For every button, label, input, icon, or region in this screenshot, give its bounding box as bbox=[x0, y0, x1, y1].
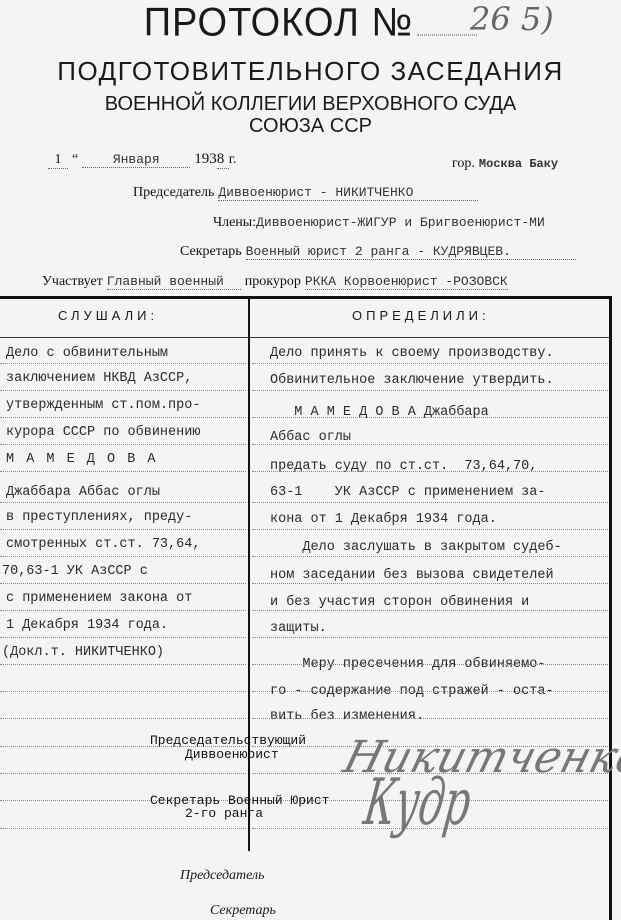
protocol-subtitle: ПОДГОТОВИТЕЛЬНОГО ЗАСЕДАНИЯ bbox=[0, 56, 621, 87]
ruled-line bbox=[0, 610, 246, 611]
footer-secretary: Секретарь bbox=[210, 903, 276, 919]
city-label: гор. bbox=[452, 156, 475, 171]
ruled-line bbox=[0, 390, 246, 391]
column-header-decided: ОПРЕДЕЛИЛИ: bbox=[352, 308, 490, 323]
participant-value-1: Главный военный bbox=[107, 274, 241, 290]
presiding-rank: Диввоенюрист bbox=[185, 747, 279, 762]
ruled-line bbox=[252, 417, 608, 418]
ruled-line bbox=[252, 691, 608, 692]
chairman-line: Председатель Диввоенюрист - НИКИТЧЕНКО bbox=[133, 183, 478, 201]
date-year-suffix: 8 bbox=[217, 151, 229, 169]
decided-line: ном заседании без вызова свидетелей bbox=[270, 568, 554, 583]
decided-line: вить без изменения. bbox=[270, 709, 424, 724]
ruled-line bbox=[0, 471, 246, 472]
presiding-label: Председательствующий bbox=[150, 733, 306, 748]
ruled-line bbox=[252, 718, 608, 719]
ruled-line bbox=[0, 363, 246, 364]
date-quote: “ bbox=[72, 152, 78, 167]
heard-line: Джаббара Аббас оглы bbox=[6, 485, 160, 500]
heard-line: Дело с обвинительным bbox=[6, 346, 168, 361]
ruled-line bbox=[0, 502, 246, 503]
chairman-label: Председатель bbox=[133, 185, 214, 200]
participant-mid-label: прокурор bbox=[245, 274, 301, 289]
participant-value-2: РККА Корвоенюрист -РОЗОВСК bbox=[305, 274, 508, 290]
decided-line: 63-1 УК АзССР с применением за- bbox=[270, 485, 545, 500]
heard-line: М А М Е Д О В А bbox=[6, 452, 158, 467]
decided-line: Аббас оглы bbox=[270, 430, 351, 445]
handwritten-number: 26 5) bbox=[470, 0, 554, 38]
secretary-value: Военный юрист 2 ранга - КУДРЯВЦЕВ. bbox=[246, 244, 576, 260]
heard-line: утвержденным ст.пом.про- bbox=[6, 398, 200, 413]
decided-line: Дело заслушать в закрытом судеб- bbox=[270, 540, 562, 555]
decided-line: защиты. bbox=[270, 621, 327, 636]
members-value: Диввоенюрист-ЖИГУР и Бригвоенюрист-МИ bbox=[256, 215, 545, 230]
members-line: Члены:Диввоенюрист-ЖИГУР и Бригвоенюрист… bbox=[213, 213, 545, 231]
date-year-prefix: 193 bbox=[194, 151, 217, 167]
heard-line: в преступлениях, преду- bbox=[6, 510, 192, 525]
table-right-border bbox=[609, 296, 612, 920]
column-header-heard: СЛУШАЛИ: bbox=[58, 308, 158, 323]
protocol-number-line bbox=[417, 35, 477, 36]
ruled-line bbox=[252, 529, 608, 530]
table-column-divider bbox=[248, 296, 250, 851]
ruled-line bbox=[0, 691, 246, 692]
ruled-line bbox=[0, 529, 246, 530]
decided-line: и без участия сторон обвинения и bbox=[270, 595, 529, 610]
ruled-line bbox=[0, 637, 246, 638]
participant-line: Участвует Главный военный прокурор РККА … bbox=[42, 272, 508, 290]
protocol-title-text: ПРОТОКОЛ № bbox=[144, 1, 414, 45]
members-label: Члены: bbox=[213, 215, 256, 230]
ruled-line bbox=[252, 502, 608, 503]
table-header-rule bbox=[0, 337, 610, 338]
city-value: Москва Баку bbox=[479, 157, 558, 171]
decided-line: Дело принять к своему производству. bbox=[270, 346, 554, 361]
ruled-line bbox=[252, 664, 608, 665]
footer-chairman: Председатель bbox=[180, 868, 265, 884]
ruled-line bbox=[252, 556, 608, 557]
ruled-line bbox=[252, 444, 608, 445]
decided-line: Обвинительное заключение утвердить. bbox=[270, 373, 554, 388]
date-line: 1 “ Января 1938г. bbox=[48, 150, 236, 169]
secretary-sign-rank: 2-го ранга bbox=[185, 806, 263, 821]
ruled-line bbox=[0, 417, 246, 418]
table-top-border bbox=[0, 296, 612, 299]
ruled-line bbox=[252, 610, 608, 611]
ruled-line bbox=[252, 363, 608, 364]
org-line-1: ВОЕННОЙ КОЛЛЕГИИ ВЕРХОВНОГО СУДА bbox=[0, 93, 621, 116]
date-month: Января bbox=[82, 152, 190, 168]
heard-line: заключением НКВД АзССР, bbox=[6, 371, 192, 386]
heard-line: 70,63-1 УК АзССР с bbox=[2, 564, 148, 579]
ruled-line bbox=[0, 828, 246, 829]
secretary-label: Секретарь bbox=[180, 244, 242, 259]
decided-line: кона от 1 Декабря 1934 года. bbox=[270, 512, 497, 527]
ruled-line bbox=[0, 718, 246, 719]
date-day: 1 bbox=[48, 152, 68, 169]
chairman-value: Диввоенюрист - НИКИТЧЕНКО bbox=[218, 185, 478, 201]
heard-line: курора СССР по обвинению bbox=[6, 425, 200, 440]
ruled-line bbox=[0, 444, 246, 445]
ruled-line bbox=[252, 583, 608, 584]
ruled-line bbox=[252, 390, 608, 391]
heard-line: с применением закона от bbox=[6, 591, 192, 606]
org-line-2: СОЮЗА ССР bbox=[0, 115, 621, 138]
secretary-line: Секретарь Военный юрист 2 ранга - КУДРЯВ… bbox=[180, 242, 576, 260]
ruled-line bbox=[0, 556, 246, 557]
date-year-unit: г. bbox=[229, 152, 237, 167]
participant-label: Участвует bbox=[42, 274, 103, 289]
ruled-line bbox=[0, 583, 246, 584]
ruled-line bbox=[252, 471, 608, 472]
ruled-line bbox=[252, 637, 608, 638]
heard-line: (Докл.т. НИКИТЧЕНКО) bbox=[2, 645, 164, 660]
city-line: гор. Москва Баку bbox=[452, 154, 558, 172]
secretary-signature: Кудр bbox=[360, 766, 475, 840]
ruled-line bbox=[0, 773, 246, 774]
heard-line: смотренных ст.ст. 73,64, bbox=[6, 537, 200, 552]
ruled-line bbox=[0, 664, 246, 665]
heard-line: 1 Декабря 1934 года. bbox=[6, 618, 168, 633]
